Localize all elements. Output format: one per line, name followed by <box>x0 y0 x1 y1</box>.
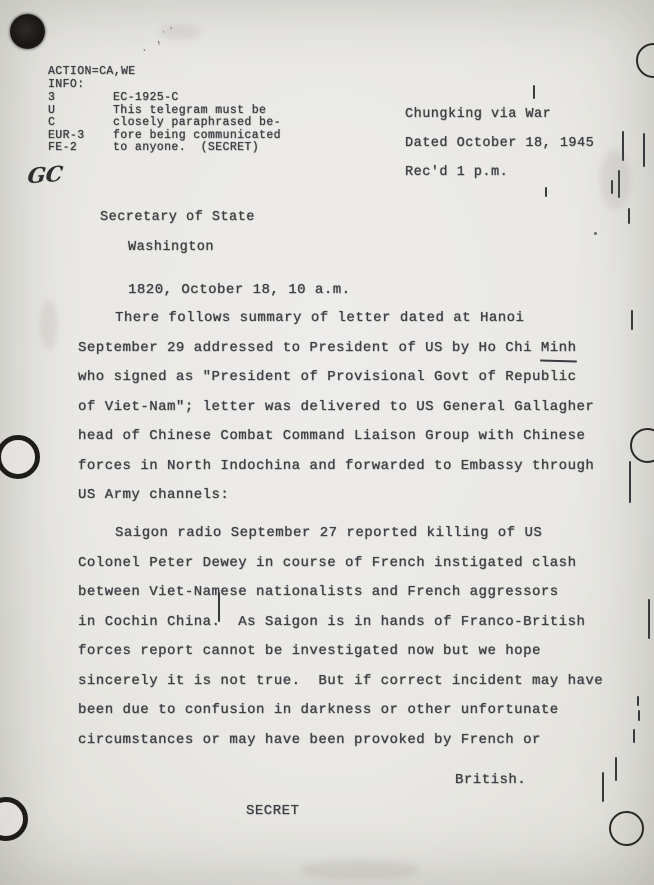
routing-action-line: ACTION=CA,WE <box>48 66 136 79</box>
punch-hole-middle-left <box>0 435 40 479</box>
routing-table: 3EC-1925-C UThis telegram must be Cclose… <box>48 92 298 155</box>
punch-hole-bottom-left <box>0 797 28 841</box>
routing-code: U <box>48 105 113 118</box>
received-line: Rec'd 1 p.m. <box>405 165 508 180</box>
routing-text: EC-1925-C <box>113 92 298 105</box>
scan-mark <box>533 85 535 99</box>
telegram-origin-block: Chungking via War Dated October 18, 1945… <box>405 100 594 187</box>
handwritten-initials: GC <box>27 161 65 188</box>
body-paragraph-2: Saigon radio September 27 reported killi… <box>78 519 638 755</box>
smudge-mark <box>300 860 420 880</box>
addressee-name: Secretary of State <box>100 203 255 232</box>
routing-code: FE-2 <box>48 142 113 155</box>
punch-hole-top-left <box>10 14 45 49</box>
telegram-scan-page: . ,ˈʻ ACTION=CA,WE INFO: 3EC-1925-C UThi… <box>0 0 654 885</box>
scan-mark <box>631 310 633 330</box>
routing-text: closely paraphrased be- <box>113 117 298 130</box>
scan-mark <box>638 710 640 721</box>
scan-mark <box>629 461 631 503</box>
routing-text: to anyone. (SECRET) <box>113 142 298 155</box>
origin-line: Chungking via War <box>405 107 551 122</box>
addressee-city: Washington <box>128 233 214 262</box>
scan-mark <box>643 133 645 167</box>
scan-mark <box>648 599 650 639</box>
dated-line: Dated October 18, 1945 <box>405 136 594 151</box>
smudge-mark <box>40 300 58 350</box>
smudge-mark <box>600 150 630 210</box>
scan-mark <box>615 757 617 781</box>
classification-footer: SECRET <box>246 797 299 827</box>
smudge-mark <box>160 25 200 39</box>
scan-mark <box>633 729 635 743</box>
body-paragraph-1: There follows summary of letter dated at… <box>78 304 638 511</box>
punch-hole-bottom-right <box>609 811 644 846</box>
scan-mark <box>628 208 630 224</box>
routing-code: C <box>48 117 113 130</box>
routing-code: 3 <box>48 92 113 105</box>
scan-dot <box>594 232 597 235</box>
punch-hole-top-right <box>636 43 654 78</box>
scan-mark <box>545 187 547 197</box>
pen-stroke-mark <box>218 592 220 622</box>
message-number-line: 1820, October 18, 10 a.m. <box>128 276 351 306</box>
scan-mark <box>602 772 604 802</box>
scan-mark <box>637 696 639 706</box>
body-closing-word: British. <box>455 766 526 796</box>
routing-info-label: INFO: <box>48 79 85 92</box>
